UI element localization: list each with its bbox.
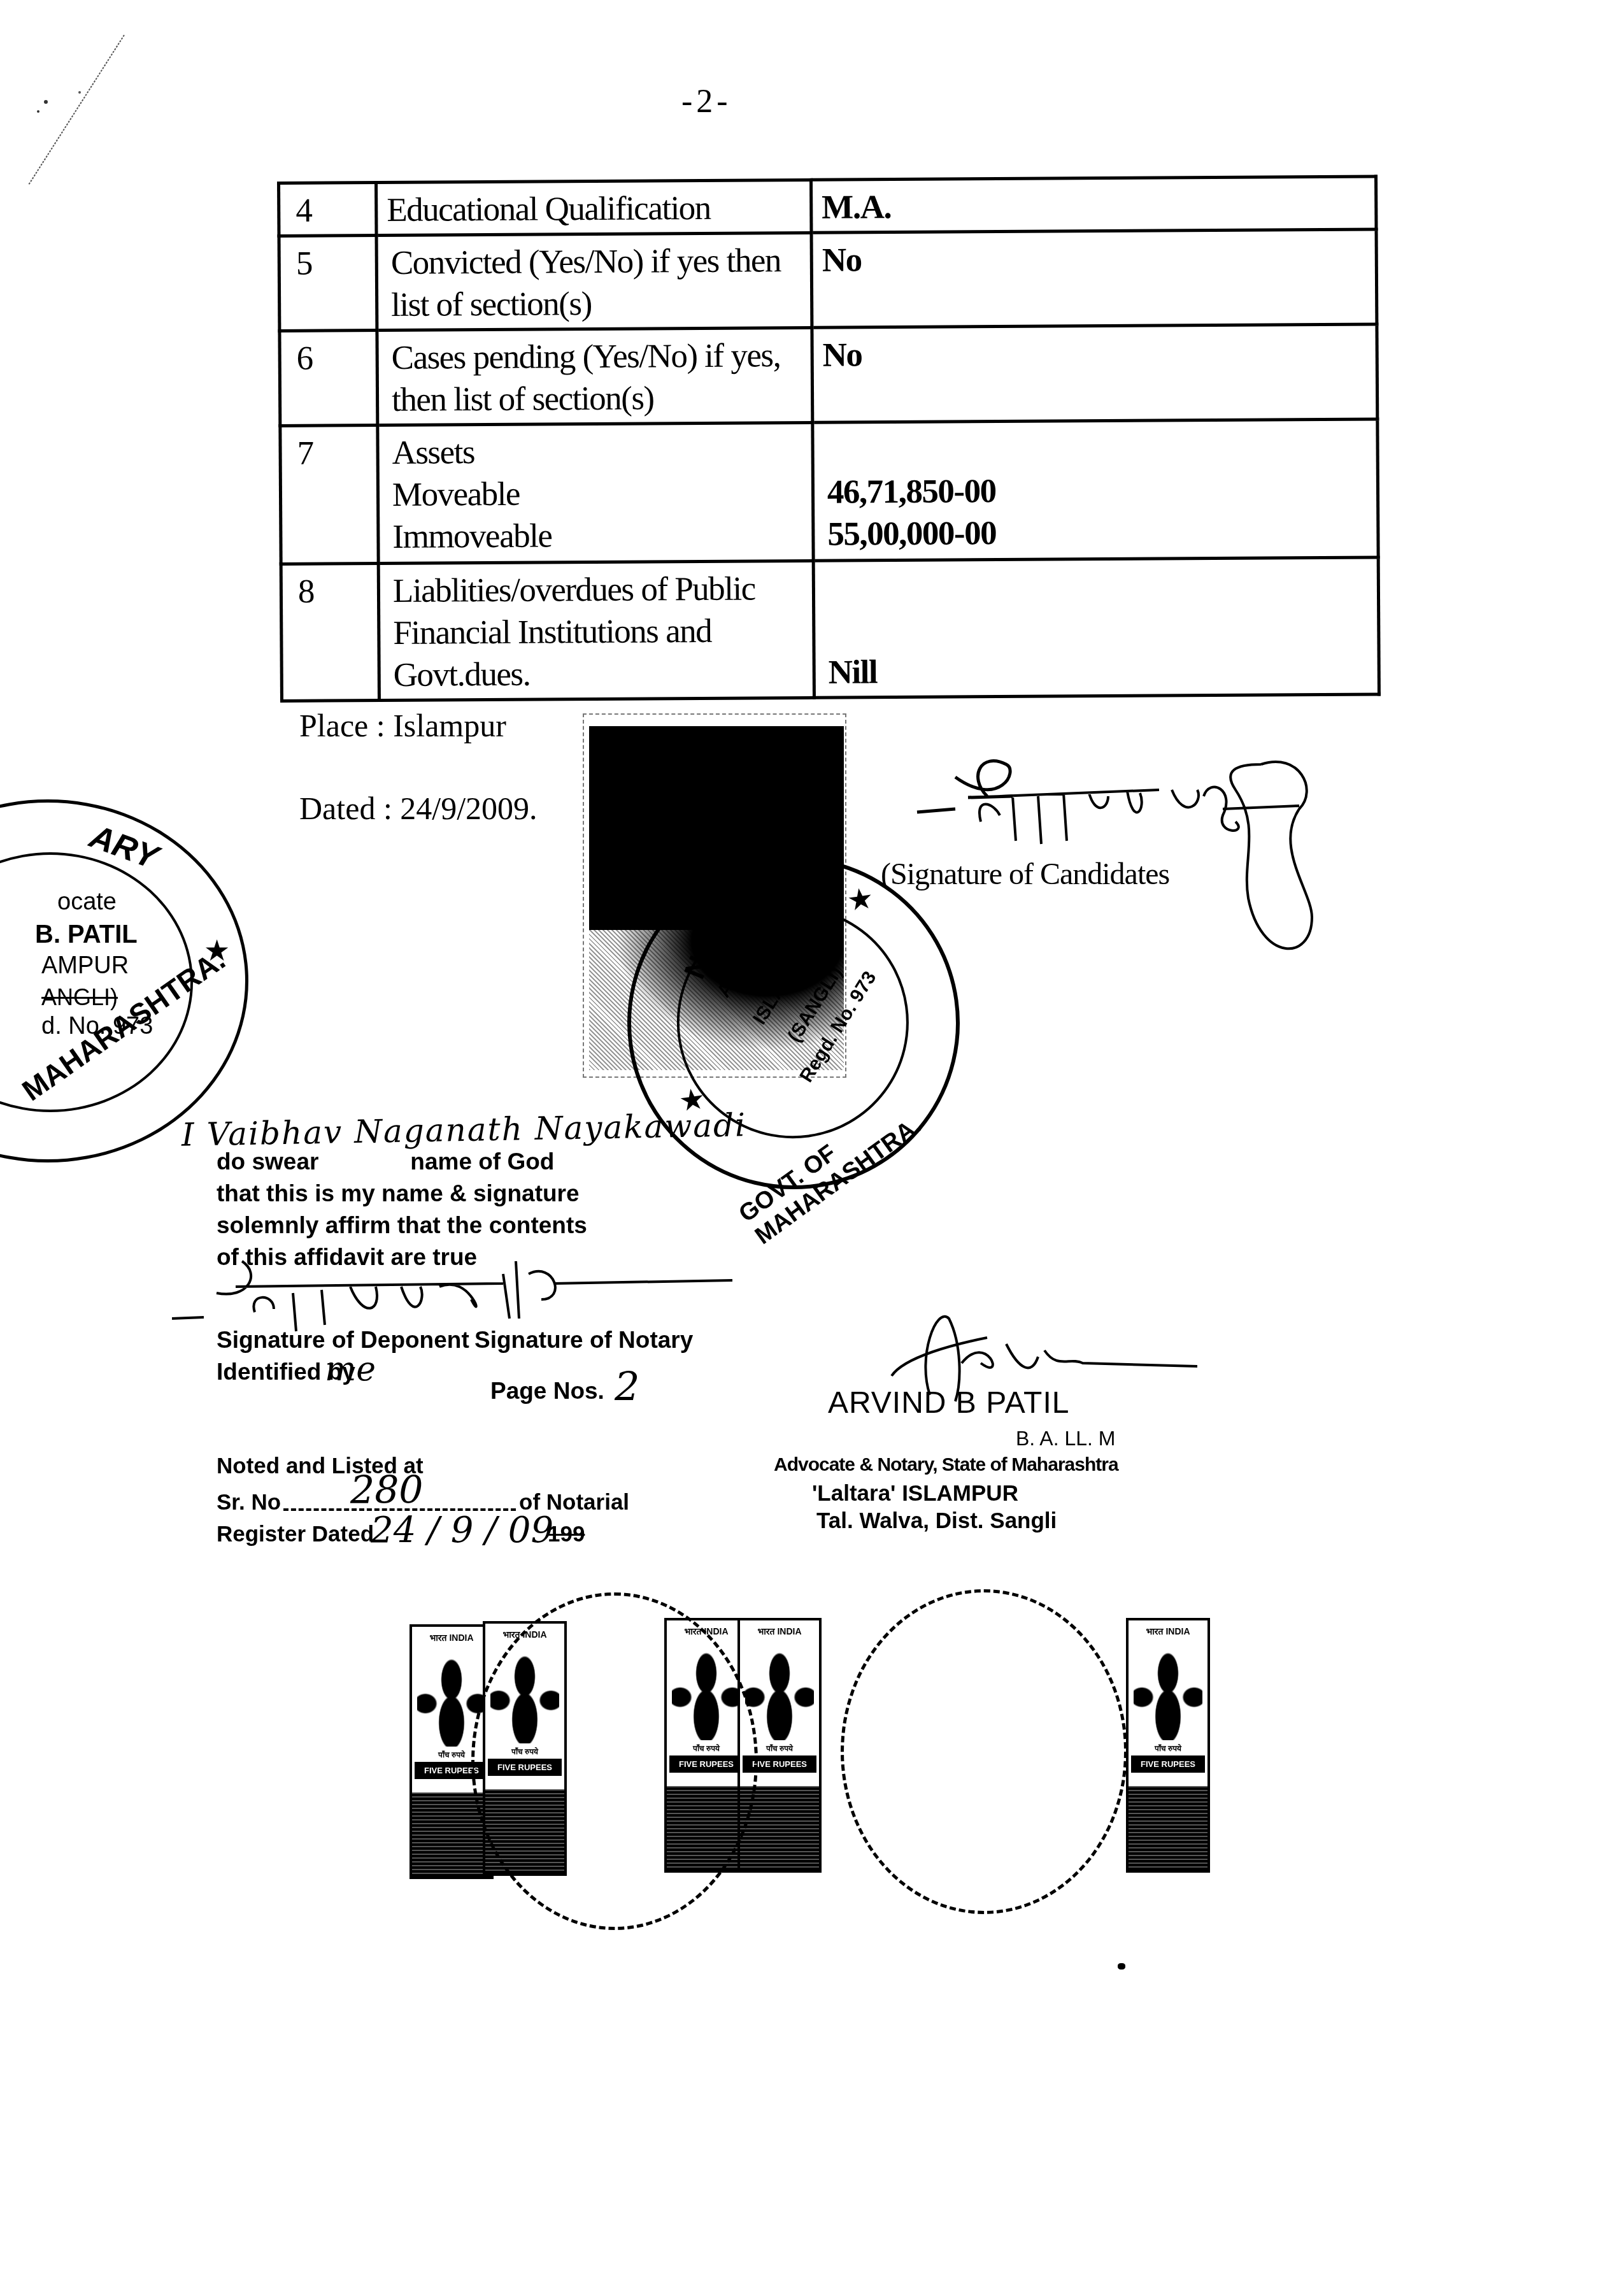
scan-mark <box>19 32 146 197</box>
label-line: Govt.dues. <box>390 652 804 696</box>
immoveable-assets-value: 55,00,000-00 <box>823 510 1367 555</box>
register-dated-value: 24 / 9 / 09 <box>371 1510 553 1551</box>
label-line: Educational Qualification <box>387 190 711 229</box>
national-emblem-icon <box>1134 1645 1202 1740</box>
sr-no-value: 280 <box>350 1468 424 1513</box>
star-icon: ★ <box>845 883 875 916</box>
stamp-cancel-seal <box>471 1592 758 1930</box>
dated-label: Dated : 24/9/2009. <box>299 790 538 827</box>
notary-address-1: 'Laltara' ISLAMPUR <box>812 1481 1018 1506</box>
label-line: then list of section(s) <box>388 376 802 421</box>
row-value: Nill <box>813 557 1379 697</box>
notary-degree: B. A. LL. M <box>1016 1427 1116 1450</box>
notary-signature-caption: Signature of Notary <box>474 1325 693 1355</box>
row-value: No <box>811 229 1377 327</box>
row-value: No <box>812 324 1378 422</box>
scan-speck <box>1118 1963 1125 1970</box>
row-number: 5 <box>279 236 377 331</box>
revenue-stamp: भारत INDIA पाँच रुपये FIVE RUPEES <box>1126 1618 1210 1873</box>
affidavit-line: that this is my name & signature <box>217 1178 580 1208</box>
notary-title: Advocate & Notary, State of Maharashtra <box>774 1454 1118 1476</box>
row-label: Assets Moveable Immoveable <box>378 422 813 563</box>
row-value: 46,71,850-00 55,00,000-00 <box>813 419 1378 561</box>
affidavit-line: solemnly affirm that the contents <box>217 1210 587 1240</box>
row-value: M.A. <box>811 176 1376 232</box>
label-line: Moveable <box>388 471 802 516</box>
row-label: Liablities/overdues of Public Financial … <box>378 561 814 700</box>
stamp-hindi-value: पाँच रुपये <box>1129 1743 1207 1755</box>
table-row: 4 Educational Qualification M.A. <box>279 176 1376 236</box>
notary-address-2: Tal. Walva, Dist. Sangli <box>816 1508 1057 1534</box>
star-icon: ★ <box>204 936 230 966</box>
stamp-cancel-seal <box>841 1589 1127 1914</box>
stamp-value: FIVE RUPEES <box>1131 1755 1205 1773</box>
table-row: 5 Convicted (Yes/No) if yes then list of… <box>279 229 1377 331</box>
notary-name: ARVIND B PATIL <box>828 1385 1069 1420</box>
liabilities-value: Nill <box>825 648 1369 694</box>
row-number: 6 <box>280 331 378 426</box>
row-number: 7 <box>280 425 378 564</box>
label-line: Assets <box>388 429 802 474</box>
label-line: Convicted (Yes/No) if yes then <box>387 240 801 284</box>
label-line: Liablities/overdues of Public <box>389 568 803 612</box>
stamp-header: भारत INDIA <box>740 1620 819 1642</box>
affidavit-line: do swear name of God <box>217 1147 554 1176</box>
stamp-header: भारत INDIA <box>1129 1620 1207 1642</box>
row-label: Educational Qualification <box>376 180 811 235</box>
place-label: Place : Islampur <box>299 707 506 744</box>
seal-line: ocate <box>57 889 117 916</box>
seal-line: ANGLI) <box>41 984 118 1011</box>
seal-line: AMPUR <box>41 952 129 980</box>
stamp-pattern <box>1129 1786 1207 1870</box>
page-nos-handwritten: 2 <box>615 1363 639 1410</box>
stamp-header: भारत INDIA <box>412 1627 491 1648</box>
register-dated-label: Register Dated <box>217 1519 374 1549</box>
table-row: 6 Cases pending (Yes/No) if yes, then li… <box>280 324 1378 426</box>
label-line: list of section(s) <box>387 282 801 326</box>
sr-no-label: Sr. No <box>217 1487 281 1517</box>
page-nos-label: Page Nos. <box>490 1376 604 1406</box>
candidate-signature-caption: (Signature of Candidates <box>881 857 1169 892</box>
label-line: Financial Institutions and <box>389 610 803 654</box>
moveable-assets-value: 46,71,850-00 <box>823 468 1367 513</box>
label-line: Cases pending (Yes/No) if yes, <box>387 334 801 379</box>
struck-year: 199 <box>548 1519 585 1549</box>
row-label: Convicted (Yes/No) if yes then list of s… <box>376 232 812 330</box>
label-line: Immoveable <box>388 513 802 558</box>
national-emblem-icon <box>745 1645 814 1740</box>
table-row: 8 Liablities/overdues of Public Financia… <box>281 557 1379 701</box>
identified-by-handwritten: me <box>325 1350 376 1389</box>
seal-line: B. PATIL <box>35 920 138 949</box>
notary-seal-left: ARY ocate B. PATIL AMPUR ANGLI) d. No. 9… <box>0 799 248 1162</box>
candidate-info-table: 4 Educational Qualification M.A. 5 Convi… <box>277 175 1381 703</box>
table-row: 7 Assets Moveable Immoveable 46,71,850-0… <box>280 419 1378 564</box>
page-number: -2- <box>681 83 732 120</box>
row-number: 4 <box>279 183 377 236</box>
row-number: 8 <box>281 564 379 701</box>
deponent-signature <box>172 1248 745 1338</box>
row-label: Cases pending (Yes/No) if yes, then list… <box>377 327 813 425</box>
